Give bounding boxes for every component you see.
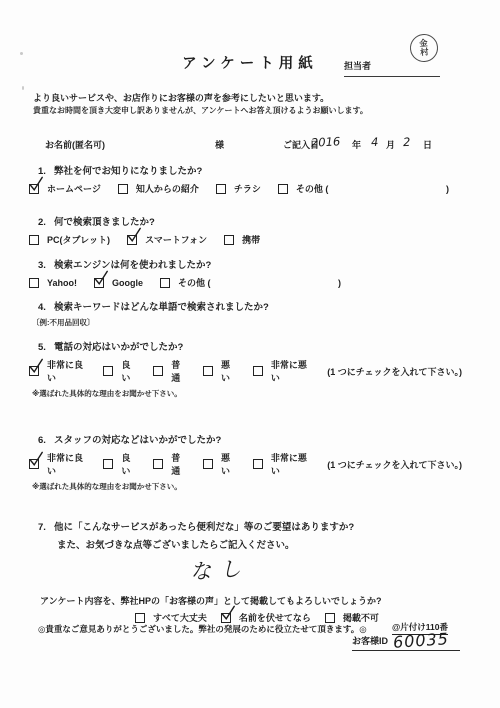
question-5: 5.電話の対応はいかがでしたか? 非常に良い良い普通悪い非常に悪い(1 つにチェ… [38,339,462,399]
question-4-example-note: 〔例:不用品回収〕 [32,317,462,328]
checkbox[interactable] [103,366,113,376]
option: その他 ( [278,182,329,195]
month-unit: 月 [386,138,395,151]
date-day-value: 2 [403,135,411,149]
checkbox[interactable] [29,235,39,245]
staff-label: 担当者 [344,61,371,71]
question-6-options: 非常に良い良い普通悪い非常に悪い(1 つにチェックを入れて下さい。) [29,451,462,477]
checkbox[interactable] [103,459,113,469]
option: 非常に良い [29,358,86,384]
checkbox[interactable] [278,184,288,194]
question-7-line2: また、お気づきな点等ございましたらご記入ください。 [57,537,462,551]
option: 普通 [153,451,186,477]
option-label: PC(タブレット) [47,233,110,246]
question-2-heading: 2.何で検索頂きましたか? [38,214,462,228]
question-1-heading: 1.弊社を何でお知りになりましたか? [38,163,462,177]
option-label: 良い [121,451,136,477]
option-label: スマートフォン [145,233,207,246]
option: PC(タブレット) [29,233,110,246]
option: 非常に悪い [253,451,310,477]
question-number: 7. [38,522,46,533]
year-unit: 年 [352,138,361,151]
day-unit: 日 [423,138,432,151]
option: 悪い [203,451,236,477]
question-7-handwritten-answer: なし [189,552,251,586]
question-text: 検索エンジンは何を使われましたか? [54,260,211,271]
thanks-line: ◎貴重なご意見ありがとうございました。弊社の発展のために役立たせて頂きます。◎ [38,623,367,635]
question-1-options: ホームページ知人からの紹介チラシその他 () [29,182,449,195]
checkbox-checked[interactable] [29,459,39,469]
option-label: 悪い [221,358,236,384]
checkbox[interactable] [325,613,335,623]
intro-line-2: 貴重なお時間を頂き大変申し訳ありませんが、アンケートへお答え頂けるようお願いしま… [33,105,368,116]
option: チラシ [216,182,261,195]
question-text: 電話の対応はいかがでしたか? [54,342,183,353]
customer-id-label: お客様ID [352,634,388,650]
options-tail: ) [338,278,341,288]
option: 良い [103,451,136,477]
options-tail: (1 つにチェックを入れて下さい。) [327,365,462,378]
option-label: その他 ( [296,182,329,195]
checkbox[interactable] [203,459,213,469]
intro-line-1: より良いサービスや、お店作りにお客様の声を参考にしたいと思います。 [33,91,329,104]
options-tail: (1 つにチェックを入れて下さい。) [327,458,462,471]
question-number: 4. [38,302,46,313]
question-6-reason-note: ※選ばれた具体的な理由をお聞かせ下さい。 [32,481,462,492]
option: Yahoo! [29,278,77,288]
option-label: 携帯 [242,233,260,246]
checkbox[interactable] [118,184,128,194]
survey-sheet: アンケート用紙 担当者 金 村 より良いサービスや、お店作りにお客様の声を参考に… [0,0,500,708]
question-5-reason-note: ※選ばれた具体的な理由をお聞かせ下さい。 [32,388,462,399]
option-label: チラシ [234,182,261,195]
option: その他 ( [160,276,211,289]
options-tail: ) [446,184,449,194]
option-label: ホームページ [47,182,101,195]
option-label: Yahoo! [47,278,77,288]
checkbox[interactable] [253,366,263,376]
question-text: 他に「こんなサービスがあったら便利だな」等のご要望はありますか? [54,522,354,533]
question-4: 4.検索キーワードはどんな単語で検索されましたか? 〔例:不用品回収〕 [38,299,462,328]
checkbox-checked[interactable] [29,184,39,194]
option: スマートフォン [127,233,207,246]
option: 良い [103,358,136,384]
option: 悪い [203,358,236,384]
checkbox[interactable] [153,366,163,376]
name-label: お名前(匿名可) [45,138,105,151]
option-label: 非常に良い [47,451,86,477]
checkbox[interactable] [253,459,263,469]
question-5-heading: 5.電話の対応はいかがでしたか? [38,339,462,353]
honorific-label: 様 [215,138,224,151]
stamp-char-bottom: 村 [420,48,429,58]
option: Google [94,278,143,288]
option-label: 非常に悪い [271,451,310,477]
question-text: 検索キーワードはどんな単語で検索されましたか? [54,302,269,313]
checkbox[interactable] [135,613,145,623]
option-label: 非常に良い [47,358,86,384]
option: 非常に悪い [253,358,310,384]
scan-speck [22,86,24,90]
question-2-options: PC(タブレット)スマートフォン携帯 [29,233,462,246]
option-label: Google [112,278,143,288]
option-label: 知人からの紹介 [136,182,199,195]
checkbox-checked[interactable] [94,278,104,288]
scan-speck [20,52,23,55]
question-3: 3.検索エンジンは何を使われましたか? Yahoo!Googleその他 () [38,257,462,289]
question-6: 6.スタッフの対応などはいかがでしたか? 非常に良い良い普通悪い非常に悪い(1 … [38,432,462,492]
checkbox[interactable] [153,459,163,469]
question-7: 7.他に「こんなサービスがあったら便利だな」等のご要望はありますか? また、お気… [38,519,462,551]
option-label: 良い [121,358,136,384]
option-label: 普通 [171,451,186,477]
question-3-options: Yahoo!Googleその他 () [29,276,341,289]
checkbox[interactable] [160,278,170,288]
option-label: 悪い [221,451,236,477]
date-year-value: 2016 [311,134,341,150]
customer-id-value: 60035 [392,629,449,652]
option: 知人からの紹介 [118,182,199,195]
question-number: 3. [38,260,46,271]
date-month-value: 4 [371,135,379,149]
checkbox[interactable] [224,235,234,245]
checkbox-checked[interactable] [29,366,39,376]
question-4-heading: 4.検索キーワードはどんな単語で検索されましたか? [38,299,462,313]
question-7-heading: 7.他に「こんなサービスがあったら便利だな」等のご要望はありますか? [38,519,462,533]
checkbox[interactable] [29,278,39,288]
option-label: 非常に悪い [271,358,310,384]
option-label: 普通 [171,358,186,384]
option: 普通 [153,358,186,384]
customer-id-field: お客様ID 60035 [352,629,460,651]
question-1: 1.弊社を何でお知りになりましたか? ホームページ知人からの紹介チラシその他 (… [38,163,462,195]
question-5-options: 非常に良い良い普通悪い非常に悪い(1 つにチェックを入れて下さい。) [29,358,462,384]
option-label: その他 ( [178,276,211,289]
checkbox-checked[interactable] [221,613,231,623]
option: 非常に良い [29,451,86,477]
question-text: 弊社を何でお知りになりましたか? [54,166,202,177]
name-date-row: お名前(匿名可) 様 ご記入日 2016 年 4 月 2 日 [0,134,500,156]
consent-question: アンケート内容を、弊社HPの「お客様の声」として掲載してもよろしいでしょうか? [40,594,381,607]
question-number: 5. [38,342,46,353]
checkbox[interactable] [203,366,213,376]
question-number: 2. [38,217,46,228]
checkbox[interactable] [216,184,226,194]
question-6-heading: 6.スタッフの対応などはいかがでしたか? [38,432,462,446]
question-number: 6. [38,435,46,446]
question-text: スタッフの対応などはいかがでしたか? [54,435,221,446]
checkbox-checked[interactable] [127,235,137,245]
option: 携帯 [224,233,260,246]
question-2: 2.何で検索頂きましたか? PC(タブレット)スマートフォン携帯 [38,214,462,246]
option: ホームページ [29,182,101,195]
